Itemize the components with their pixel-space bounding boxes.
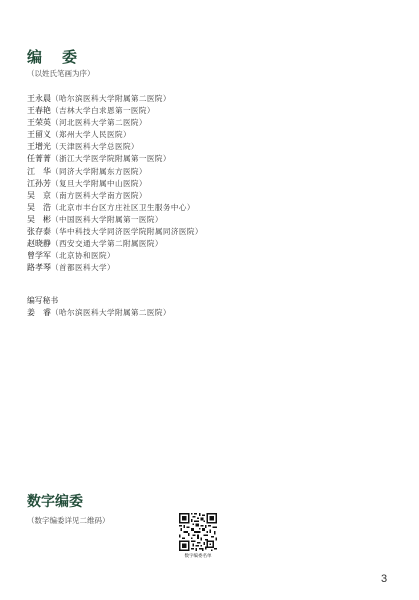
member-name: 曾学军: [27, 250, 51, 262]
member-entry: 王荣英（河北医科大学第二医院）: [27, 117, 203, 129]
member-name: 王增光: [27, 141, 51, 153]
member-entry: 吴 京（南方医科大学南方医院）: [27, 190, 203, 202]
member-affiliation: （西安交通大学第二附属医院）: [51, 239, 163, 248]
member-entry: 路孝琴（首都医科大学）: [27, 262, 203, 274]
member-entry: 王永晨（哈尔滨医科大学附属第二医院）: [27, 93, 203, 105]
member-affiliation: （吉林大学白求恩第一医院）: [51, 106, 155, 115]
member-entry: 吴 彬（中国医科大学附属第一医院）: [27, 214, 203, 226]
member-affiliation: （华中科技大学同济医学院附属同济医院）: [51, 227, 203, 236]
member-list: 王永晨（哈尔滨医科大学附属第二医院） 王春艳（吉林大学白求恩第一医院） 王荣英（…: [27, 93, 203, 274]
member-affiliation: （同济大学附属东方医院）: [51, 167, 147, 176]
member-name: 江孙芳: [27, 178, 51, 190]
member-affiliation: （复旦大学附属中山医院）: [51, 179, 147, 188]
order-note: （以姓氏笔画为序）: [27, 70, 95, 78]
member-name: 路孝琴: [27, 262, 51, 274]
member-entry: 王春艳（吉林大学白求恩第一医院）: [27, 105, 203, 117]
member-entry: 赵晓静（西安交通大学第二附属医院）: [27, 238, 203, 250]
secretary-entry: 姜 睿（哈尔滨医科大学附属第二医院）: [27, 307, 171, 319]
member-affiliation: （北京市丰台区方庄社区卫生服务中心）: [51, 203, 195, 212]
page-number: 3: [381, 573, 387, 585]
member-name: 吴 京: [27, 190, 51, 202]
member-entry: 江 华（同济大学附属东方医院）: [27, 166, 203, 178]
member-affiliation: （首都医科大学）: [51, 263, 115, 272]
member-name: 吴 浩: [27, 202, 51, 214]
member-affiliation: （北京协和医院）: [51, 251, 115, 260]
digital-editors-heading: 数字编委: [27, 495, 83, 509]
member-name: 赵晓静: [27, 238, 51, 250]
member-name: 江 华: [27, 166, 51, 178]
member-name: 吴 彬: [27, 214, 51, 226]
secretary-affiliation: （哈尔滨医科大学附属第二医院）: [51, 308, 171, 317]
editors-heading-part2: 委: [62, 48, 77, 66]
member-affiliation: （浙江大学医学院附属第一医院）: [51, 154, 171, 163]
member-entry: 曾学军（北京协和医院）: [27, 250, 203, 262]
member-name: 王荣英: [27, 117, 51, 129]
member-affiliation: （中国医科大学附属第一医院）: [51, 215, 163, 224]
editors-heading-part1: 编: [27, 48, 42, 66]
member-entry: 张存泰（华中科技大学同济医学院附属同济医院）: [27, 226, 203, 238]
member-name: 任菁菁: [27, 153, 51, 165]
member-affiliation: （南方医科大学南方医院）: [51, 191, 147, 200]
member-entry: 任菁菁（浙江大学医学院附属第一医院）: [27, 153, 203, 165]
member-affiliation: （河北医科大学第二医院）: [51, 118, 147, 127]
member-name: 王永晨: [27, 93, 51, 105]
member-affiliation: （哈尔滨医科大学附属第二医院）: [51, 94, 171, 103]
qr-code-icon[interactable]: [179, 513, 217, 551]
member-affiliation: （郑州大学人民医院）: [51, 130, 131, 139]
member-affiliation: （天津医科大学总医院）: [51, 142, 139, 151]
qr-code-block[interactable]: 数字编委名单: [178, 513, 218, 559]
member-name: 王春艳: [27, 105, 51, 117]
member-entry: 王留义（郑州大学人民医院）: [27, 129, 203, 141]
qr-caption: 数字编委名单: [178, 553, 218, 559]
secretary-name: 姜 睿: [27, 307, 51, 319]
editors-heading: 编委: [27, 50, 77, 65]
digital-editors-note: （数字编委详见二维码）: [27, 517, 110, 525]
member-name: 王留义: [27, 129, 51, 141]
member-name: 张存泰: [27, 226, 51, 238]
member-entry: 吴 浩（北京市丰台区方庄社区卫生服务中心）: [27, 202, 203, 214]
secretary-heading: 编写秘书: [27, 295, 58, 306]
member-entry: 江孙芳（复旦大学附属中山医院）: [27, 178, 203, 190]
member-entry: 王增光（天津医科大学总医院）: [27, 141, 203, 153]
